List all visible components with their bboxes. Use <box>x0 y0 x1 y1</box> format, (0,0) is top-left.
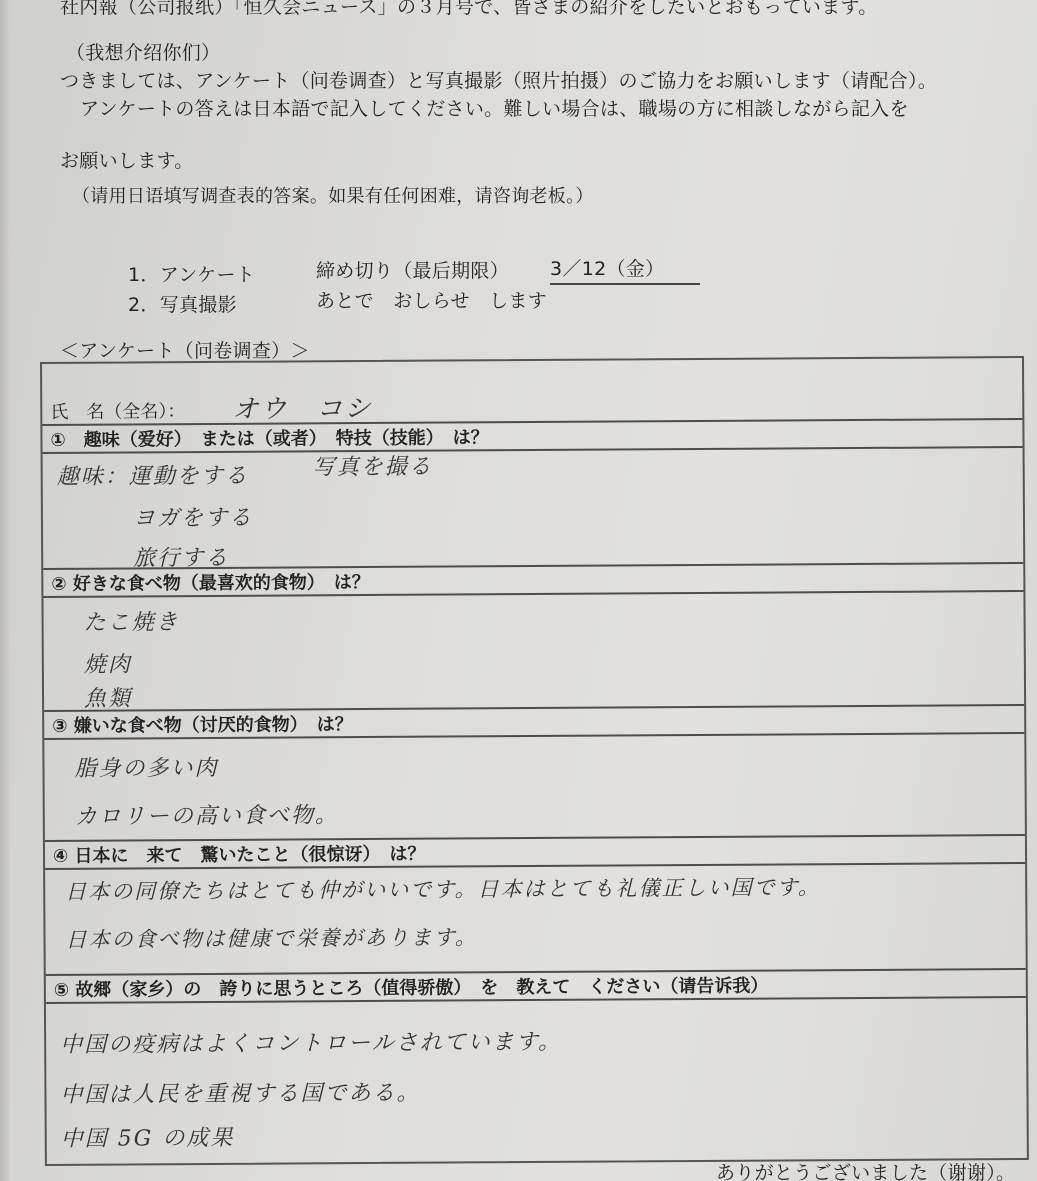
intro-line-4: アンケートの答えは日本語で記入してください。難しい場合は、職場の方に相談しながら… <box>80 94 909 121</box>
name-label: 氏 名（全名）： <box>50 397 185 424</box>
answer-2-3: 魚類 <box>84 681 132 712</box>
question-2-heading: ② 好きな食べ物（最喜欢的食物） は？ <box>51 568 370 596</box>
section-title: ＜アンケート（问卷调查）＞ <box>60 336 310 363</box>
schedule-item-1-label: 1．アンケート <box>128 260 255 287</box>
answer-1-1: 趣味：運動をする <box>57 459 249 491</box>
thanks-note: ありがとうございました（谢谢）。 <box>716 1158 1015 1181</box>
name-value: オウ コシ <box>232 388 372 426</box>
answer-5-1: 中国の疫病はよくコントロールされています。 <box>60 1025 562 1059</box>
intro-line-6: （请用日语填写调查表的答案。如果有任何困难，请咨询老板。） <box>72 182 594 208</box>
question-4-heading: ④ 日本に 来て 驚いたこと（很惊讶） は？ <box>53 840 426 868</box>
intro-line-3: つきましては、アンケート（问卷调查）と写真撮影（照片拍摄）のご協力をお願いします… <box>60 66 937 93</box>
schedule-item-1-desc: 締め切り（最后期限） <box>316 256 509 283</box>
intro-line-2: （我想介绍你们） <box>66 38 220 65</box>
answer-5-2: 中国は人民を重視する国である。 <box>60 1076 420 1109</box>
deadline-value: 3／12（金） <box>550 254 700 285</box>
answer-1-3: ヨガをする <box>133 501 253 533</box>
answer-2-1: たこ焼き <box>83 605 179 637</box>
intro-line-1: 社内報（公司报纸）「恒久会ニュース」の３月号で、皆さまの紹介をしたいとおもってい… <box>60 0 878 19</box>
question-1-heading: ① 趣味（爱好） または（或者） 特技（技能） は？ <box>50 423 488 452</box>
answer-4-1: 日本の同僚たちはとても仲がいいです。日本はとても礼儀正しい国です。 <box>65 871 821 906</box>
paper-edge-shadow <box>0 0 10 1181</box>
question-3-heading: ③ 嫌いな食べ物（讨厌的食物） は？ <box>52 710 353 738</box>
schedule-item-2-label: 2．写真撮影 <box>128 290 237 317</box>
questionnaire-form: 氏 名（全名）： オウ コシ ① 趣味（爱好） または（或者） 特技（技能） は… <box>40 356 1029 1166</box>
answer-3-1: 脂身の多い肉 <box>74 751 218 783</box>
answer-4-2: 日本の食べ物は健康で栄養があります。 <box>65 921 478 954</box>
answer-5-3: 中国 5G の成果 <box>61 1121 235 1153</box>
schedule-item-2-desc: あとで おしらせ します <box>316 286 547 313</box>
answer-1-2: 写真を撮る <box>313 450 433 482</box>
answer-3-2: カロリーの高い食べ物。 <box>75 798 339 831</box>
intro-line-5: お願いします。 <box>60 146 194 173</box>
answer-2-2: 焼肉 <box>84 647 132 678</box>
